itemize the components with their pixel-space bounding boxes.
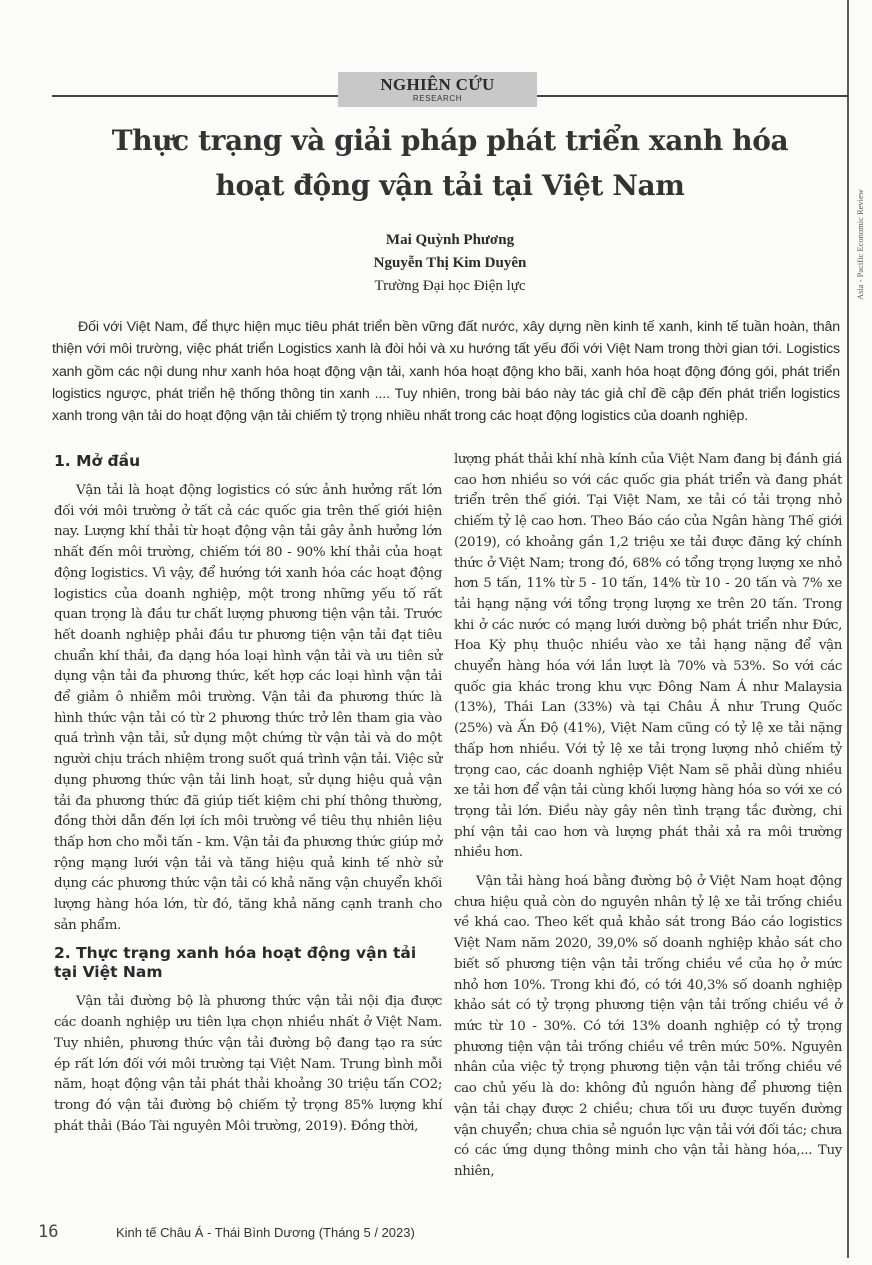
abstract: Đối với Việt Nam, để thực hiện mục tiêu … <box>52 316 840 427</box>
journal-issue: Kinh tế Châu Á - Thái Bình Dương (Tháng … <box>116 1225 415 1240</box>
section-heading: 1. Mở đầu <box>54 452 442 471</box>
section-tag-vn: NGHIÊN CỨU <box>338 76 537 94</box>
page-footer: 16 Kinh tế Châu Á - Thái Bình Dương (Thá… <box>30 1222 630 1244</box>
article-title: Thực trạng và giải pháp phát triển xanh … <box>60 118 840 208</box>
section-heading: 2. Thực trạng xanh hóa hoạt động vận tải… <box>54 944 442 982</box>
column-right: lượng phát thải khí nhà kính của Việt Na… <box>454 450 842 1191</box>
section-tag-en: RESEARCH <box>338 94 537 104</box>
body-paragraph: Vận tải là hoạt động logistics có sức ản… <box>54 481 442 936</box>
body-paragraph: Vận tải đường bộ là phương thức vận tải … <box>54 992 442 1137</box>
column-left: 1. Mở đầu Vận tải là hoạt động logistics… <box>54 452 442 1145</box>
author-name: Mai Quỳnh Phương <box>200 229 700 252</box>
page-edge-rule <box>847 0 849 1258</box>
title-line-2: hoạt động vận tải tại Việt Nam <box>60 163 840 208</box>
page-number: 16 <box>38 1222 58 1242</box>
author-block: Mai Quỳnh Phương Nguyễn Thị Kim Duyên Tr… <box>200 229 700 298</box>
body-paragraph: lượng phát thải khí nhà kính của Việt Na… <box>454 450 842 864</box>
section-tag: NGHIÊN CỨU RESEARCH <box>338 72 537 107</box>
title-line-1: Thực trạng và giải pháp phát triển xanh … <box>60 118 840 163</box>
journal-side-label: Asia - Pacific Economic Review <box>855 189 865 300</box>
affiliation: Trường Đại học Điện lực <box>200 275 700 298</box>
body-paragraph: Vận tải hàng hoá bằng đường bộ ở Việt Na… <box>454 872 842 1183</box>
author-name: Nguyễn Thị Kim Duyên <box>200 252 700 275</box>
